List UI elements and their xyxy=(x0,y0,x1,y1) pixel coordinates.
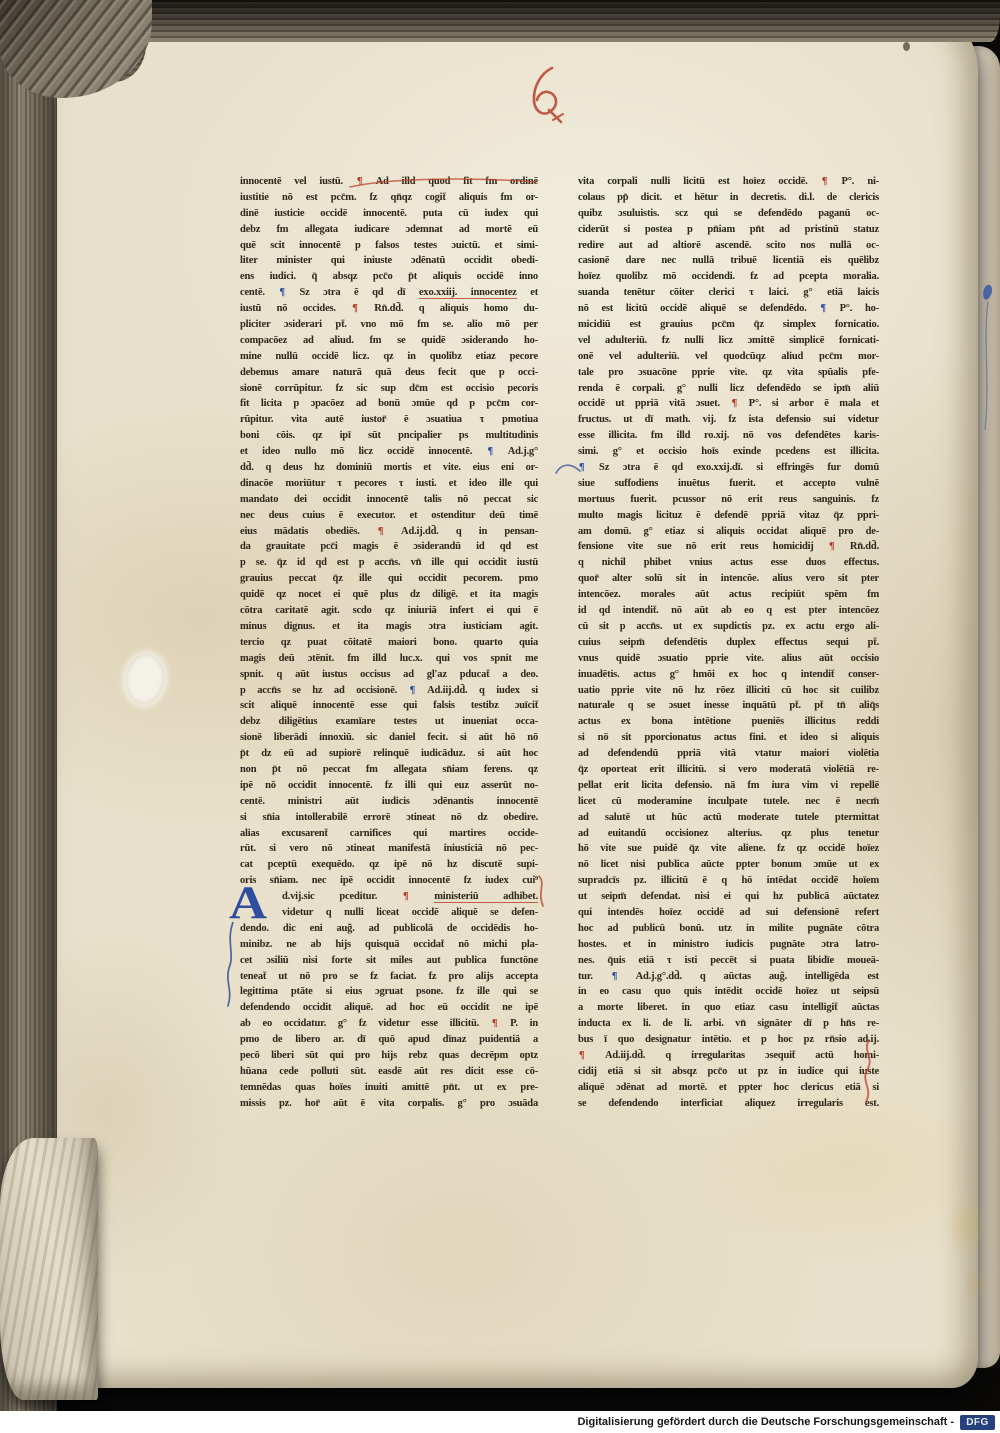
manuscript-scan-viewport: { "page": { "quire_mark": "b", "descript… xyxy=(0,0,1000,1433)
text-line: siue suffodiens inuētus fuerit. et accep… xyxy=(578,478,879,494)
text-line: compacōez ad aliud. fm se quidē ɔsideran… xyxy=(240,335,538,351)
text-line: videtur q nulli liceat occidē aliquē se … xyxy=(282,907,538,923)
text-line: p accn̄s se hz ad occisionē. ¶ Ad.iij.dd… xyxy=(240,685,538,701)
text-line: mortuus fuerit. pcussor nō erit reus san… xyxy=(578,494,879,510)
text-line: innocentē vel iustū. ¶ Ad illd quod fit … xyxy=(240,176,538,192)
text-line: cū sit p accn̄s. ut ex supdictis pz. ex … xyxy=(578,621,879,637)
text-line: si sn̄ia intollerabilē errorē ɔtineat nō… xyxy=(240,812,538,828)
text-line: cuius seipm̄ defendētis duplex effectus … xyxy=(578,637,879,653)
text-line: p̄t dz eū ad supiorē relinquē iudicāduz.… xyxy=(240,748,538,764)
text-line: rūt. si vero nō ɔtineat manifestā iniust… xyxy=(240,843,538,859)
text-line: multo magis licituz ē defendē ppriā vita… xyxy=(578,510,879,526)
text-line: pmo de libero ar. dī quō apud dīnaz puid… xyxy=(240,1034,538,1050)
text-line: scit aliquē innocentē esse qui falsis te… xyxy=(240,700,538,716)
text-line: nō est licitū occidē aliquē se defendēdo… xyxy=(578,303,879,319)
text-line: ad defendendū ppriā vitā vtatur maiori v… xyxy=(578,748,879,764)
text-line: quē scit innocentē p falsos testes ɔuict… xyxy=(240,240,538,256)
text-line: boni cōis. qz ipī sūt pncipalier ps mult… xyxy=(240,430,538,446)
red-pilcrow-icon: ¶ xyxy=(578,1050,585,1061)
text-line: da grauitate pcc̄i magis ē ɔsiderandū id… xyxy=(240,541,538,557)
red-pilcrow-icon: ¶ xyxy=(491,1018,498,1029)
text-line: temnēdas quas hoīes inuiti amittē pn̄t. … xyxy=(240,1082,538,1098)
text-line: renda ē corpali. g° nulli licz defendēdo… xyxy=(578,383,879,399)
text-line: id qd intendit̄. nō aūt ab eo q est pter… xyxy=(578,605,879,621)
red-pilcrow-icon: ¶ xyxy=(356,176,363,187)
stain xyxy=(963,1268,991,1300)
text-line: occidē ut ppriā vitā ɔsuet. ¶ P°. si arb… xyxy=(578,398,879,414)
red-pilcrow-icon: ¶ xyxy=(351,303,358,314)
text-line: mandato dei occidit innocentē talis nō p… xyxy=(240,494,538,510)
text-line: cat pceptū exequēdo. qz ipē nō hz discut… xyxy=(240,859,538,875)
text-line: actus ex bona intētione pueniēs illicitu… xyxy=(578,716,879,732)
text-line: centē. ¶ Sz ɔtra ē qd dī exo.xxiij. inno… xyxy=(240,287,538,303)
text-line: grauius peccat q̄z ille qui occidit peco… xyxy=(240,573,538,589)
text-line: in eo casu quo quis intēdit occidē hoīez… xyxy=(578,986,879,1002)
parchment-hole xyxy=(123,652,168,707)
text-line: sionē corrūpitur. fz sic sup dc̄m est oc… xyxy=(240,383,538,399)
text-line: minus dignus. et ita magis ɔtra iusticia… xyxy=(240,621,538,637)
text-line: iustitie nō est pcc̄m. fz qn̄qz cogit̄ a… xyxy=(240,192,538,208)
text-line: hō vite sue puidē q̄z vite aliene. fz qz… xyxy=(578,843,879,859)
blue-pilcrow-icon: ¶ xyxy=(278,287,285,298)
text-line: spnit. q aūt iustus occisus ad gl'az pdu… xyxy=(240,669,538,685)
text-line: fensione vite sue nō erit reus homicidij… xyxy=(578,541,879,557)
text-line: inducta ex li. de li. arbi. vn̄ signāter… xyxy=(578,1018,879,1034)
text-line: legittima ptāte si eius ɔgruat psone. fz… xyxy=(240,986,538,1002)
text-line: vel adulteriū. fz nulli licz ɔmittē simp… xyxy=(578,335,879,351)
red-pilcrow-icon: ¶ xyxy=(828,541,835,552)
footer-bar: Digitalisierung gefördert durch die Deut… xyxy=(0,1411,1000,1433)
blue-pilcrow-icon: ¶ xyxy=(486,446,493,457)
text-line: oris sn̄iam. nec ipē occidit innocentē f… xyxy=(240,875,538,891)
text-line: sionē liberādi innoxiū. sic daniel fecit… xyxy=(240,732,538,748)
text-line: ab eo occidatur. g° fz videtur esse illi… xyxy=(240,1018,538,1034)
text-line: onē vel adulteriū. vel quodcūqz aliud pc… xyxy=(578,351,879,367)
blue-pilcrow-icon: ¶ xyxy=(611,971,618,982)
text-line: debz diligētius examīare testes ut inuen… xyxy=(240,716,538,732)
text-line: cet ɔsiliū nisi forte sit miles aut publ… xyxy=(240,955,538,971)
text-line: hostes. et in ministro iudicis pugnāte ɔ… xyxy=(578,939,879,955)
text-line: q̄z oporteat erit illicitū. si vero mode… xyxy=(578,764,879,780)
text-line: debemus amare naturā quā deus fecit que … xyxy=(240,367,538,383)
text-line: rūpitur. vita autē iustor̄ ē ɔsuatiua τ … xyxy=(240,414,538,430)
text-line: p se. q̄z id qd est p accn̄s. vn̄ ille q… xyxy=(240,557,538,573)
text-line: ¶ Sz ɔtra ē qd exo.xxij.dī. si effringēs… xyxy=(578,462,879,478)
text-line: colaus pp̄ dicit. et hētur in decretis. … xyxy=(578,192,879,208)
text-line: tur. ¶ Ad.j.g°.dd̄. q aūctas aug̃. intel… xyxy=(578,971,879,987)
text-line: pellat erit licita defensio. nā fm iura … xyxy=(578,780,879,796)
text-line: pecō liberi sūt qui pro hijs rebz quas d… xyxy=(240,1050,538,1066)
text-line: bus ī quo designatur intētio. et p hoc p… xyxy=(578,1034,879,1050)
text-line: si nō sit pporcionatus actus fini. et id… xyxy=(578,732,879,748)
text-line: dinē iusticie occidē innocentē. puta cū … xyxy=(240,208,538,224)
dfg-logo: DFG xyxy=(960,1415,995,1430)
text-line: suanda tenētur cōiter clerici τ laici. g… xyxy=(578,287,879,303)
text-line: supradcīs pz. illicitū ē q hō intēdat oc… xyxy=(578,875,879,891)
text-line: ut seipm̄ defendat. nisi ei qui hz publi… xyxy=(578,891,879,907)
text-line: pliciter ɔsiderari pt̄. vno mō fm se. al… xyxy=(240,319,538,335)
text-line: intencōez. morales aūt actus recipiūt sp… xyxy=(578,589,879,605)
text-line: quibz ɔsuluistis. scz qui se defendēdo p… xyxy=(578,208,879,224)
text-line: quidē qz nocet ei quē plus dz diligē. et… xyxy=(240,589,538,605)
text-line: simi. g° et occisio hoīs exinde pcedens … xyxy=(578,446,879,462)
text-line: iustū nō occides. ¶ Rn̄.dd̄. q aliquis h… xyxy=(240,303,538,319)
text-line: liter minister qui iniuste ɔdēnatū occid… xyxy=(240,255,538,271)
text-line: vita corpali nulli licitū est hoīez occi… xyxy=(578,176,879,192)
text-line: eius mādatis obediēs. ¶ Ad.ij.dd̄. q in … xyxy=(240,526,538,542)
text-line: inuadētis. actus g° hmōi ex hoc q intend… xyxy=(578,669,879,685)
text-column-left: innocentē vel iustū. ¶ Ad illd quod fit … xyxy=(240,176,538,1114)
text-line: naturale q se ɔsuet inesse inquātū pt̄. … xyxy=(578,700,879,716)
text-line: centē. ministri aūt iudicis ɔdēnantis in… xyxy=(240,796,538,812)
text-line: missis pz. hor̄ aūt ē vita corpalis. g° … xyxy=(240,1098,538,1114)
text-line: d.vij.sic pceditur. ¶ ministeriū adhibet… xyxy=(282,891,538,907)
text-line: tale pro ɔsuacōne pprie vite. qz vita sp… xyxy=(578,367,879,383)
text-line: debz fm allegata iudicare ɔdemnat ad mor… xyxy=(240,224,538,240)
drop-cap-initial: A xyxy=(229,880,267,927)
red-pilcrow-icon: ¶ xyxy=(402,891,409,902)
text-line: hoīez quolibz mō occidendi. fz ad pcepta… xyxy=(578,271,879,287)
text-line: fructus. ut dī math. vij. fz ista defens… xyxy=(578,414,879,430)
stain xyxy=(943,1197,989,1255)
text-line: hūana cede polluti sūt. easdē aūt res di… xyxy=(240,1066,538,1082)
text-line: ciderūt si postea p pn̄iam pn̄t ad prist… xyxy=(578,224,879,240)
text-line: ¶ Ad.iij.dd̄. q irregularitas ɔsequit̄ a… xyxy=(578,1050,879,1066)
text-line: redire aut ad altiorē ascendē. scito nos… xyxy=(578,240,879,256)
text-line: qui intendēs hoīez occidē ad sui defensi… xyxy=(578,907,879,923)
book-bottom-left-page-edges xyxy=(0,1138,98,1400)
text-line: vnus quidē ɔsuatio pprie vite. alius aūt… xyxy=(578,653,879,669)
text-line: licet cū moderamine inculpate tutele. ne… xyxy=(578,796,879,812)
text-line: nec deus cuius ē executor. et ostenditur… xyxy=(240,510,538,526)
text-line: aliquē ɔdēnat ad mortē. et ppter hoc cle… xyxy=(578,1082,879,1098)
blue-pilcrow-icon: ¶ xyxy=(409,685,416,696)
text-line: a morte liberet. in quo etiaz casu intel… xyxy=(578,1002,879,1018)
text-line: ad salutē ut hūc actū moderate tutele pt… xyxy=(578,812,879,828)
text-line: esse illicita. fm illd ro.xij. nō vos de… xyxy=(578,430,879,446)
text-line: micidiū est grauius pcc̄m q̄z simplex fo… xyxy=(578,319,879,335)
text-line: dd̄. q deus hz dominiū mortis et vite. e… xyxy=(240,462,538,478)
text-line: uatio pprie vite nō hz rōez illiciti cū … xyxy=(578,685,879,701)
text-line: mine nullū occidē licz. qz in quolibz et… xyxy=(240,351,538,367)
text-line: teneat̄ ut nō pro se fz faciat. fz pro a… xyxy=(240,971,538,987)
red-pilcrow-icon: ¶ xyxy=(377,526,384,537)
text-line: cōtra caritatē agit. scdo qz iniuriā inf… xyxy=(240,605,538,621)
text-line: tercio qz puat cōitatē maiori bono. quar… xyxy=(240,637,538,653)
text-line: se defendendo interficiat aliquez irregu… xyxy=(578,1098,879,1114)
text-line: casionē dare nec nullā tribuē licentiā e… xyxy=(578,255,879,271)
text-line: q nichil phibet vnius actus esse duos ef… xyxy=(578,557,879,573)
text-column-right: vita corpali nulli licitū est hoīez occi… xyxy=(578,176,879,1114)
text-line: minibz. ne ab hijs quisquā occidat̄ nō m… xyxy=(240,939,538,955)
text-line: non p̄t nō peccat fm allegata sn̄iam fer… xyxy=(240,764,538,780)
text-line: nō licet nisi publica aūcte ppter bonum … xyxy=(578,859,879,875)
text-line: ens iudici. q̄ absqz pcc̄o p̄t aliquis o… xyxy=(240,271,538,287)
text-line: et ideo nullo mō licz occidē innocentē. … xyxy=(240,446,538,462)
text-line: alias excusarent̄ carnifices qui martire… xyxy=(240,828,538,844)
ink-speck xyxy=(903,42,910,51)
digitization-credit: Digitalisierung gefördert durch die Deut… xyxy=(577,1416,954,1428)
text-line: defendendo occidit aliquē. ad hoc eū occ… xyxy=(240,1002,538,1018)
text-line: dendo. dic eni aug̃. ad publicolā de occ… xyxy=(240,923,538,939)
red-pilcrow-icon: ¶ xyxy=(821,176,828,187)
red-pilcrow-icon: ¶ xyxy=(731,398,738,409)
text-line: nes. q̄uis etiā τ isti peccēt si puata l… xyxy=(578,955,879,971)
text-line: ipē nō occidit innocentē. fz illi qui eu… xyxy=(240,780,538,796)
text-line: am domū. g° etiaz si aliquis occidat ali… xyxy=(578,526,879,542)
text-line: fit licita p ɔpacōez ad bonū ɔmūe qd p p… xyxy=(240,398,538,414)
text-line: magis deū ɔtēnit. fm illd luc.x. qui vos… xyxy=(240,653,538,669)
book-scan-photo: A innocentē vel iustū. ¶ Ad illd quod fi… xyxy=(0,0,1000,1411)
text-line: hoc ad publicū bonū. utz in milite pugnā… xyxy=(578,923,879,939)
text-line: quor̄ alter solū sit in intencōe. alius … xyxy=(578,573,879,589)
blue-pilcrow-icon: ¶ xyxy=(578,462,585,473)
text-line: ad euitandū occisionez alterius. qz plus… xyxy=(578,828,879,844)
text-line: cidij etiā si sit absqz pcc̄o ut pz in i… xyxy=(578,1066,879,1082)
text-line: dinacōe moriūtur τ pecores τ iusti. et i… xyxy=(240,478,538,494)
blue-pilcrow-icon: ¶ xyxy=(819,303,826,314)
